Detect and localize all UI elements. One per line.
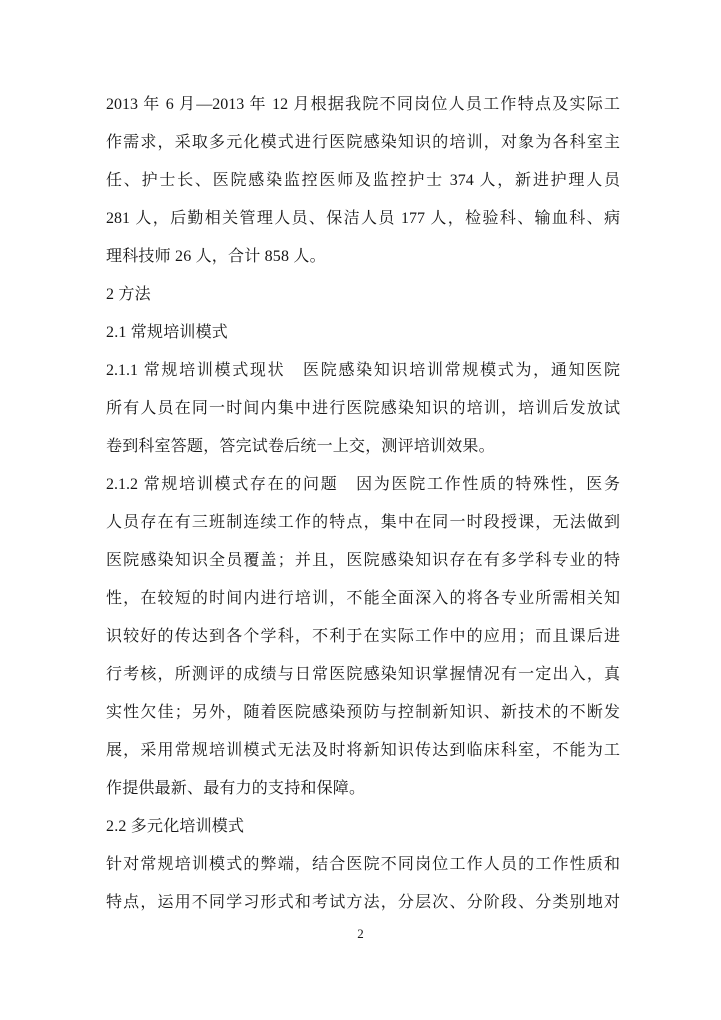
text-line: 医院感染知识全员覆盖；并且，医院感染知识存在有多学科专业的特 [106,542,620,580]
document-page: 2013 年 6 月—2013 年 12 月根据我院不同岗位人员工作特点及实际工… [0,0,721,1020]
text-line: 作需求，采取多元化模式进行医院感染知识的培训，对象为各科室主 [106,124,620,162]
heading-line: 2.2 多元化培训模式 [106,808,620,846]
text-line: 实性欠佳；另外，随着医院感染预防与控制新知识、新技术的不断发 [106,694,620,732]
text-line: 281 人，后勤相关管理人员、保洁人员 177 人，检验科、输血科、病 [106,200,620,238]
text-block: 2013 年 6 月—2013 年 12 月根据我院不同岗位人员工作特点及实际工… [106,86,620,922]
text-line: 理科技师 26 人，合计 858 人。 [106,238,620,276]
text-line: 2013 年 6 月—2013 年 12 月根据我院不同岗位人员工作特点及实际工 [106,86,620,124]
text-line: 性，在较短的时间内进行培训，不能全面深入的将各专业所需相关知 [106,580,620,618]
text-line: 展，采用常规培训模式无法及时将新知识传达到临床科室，不能为工 [106,732,620,770]
text-line: 2.1.1 常规培训模式现状 医院感染知识培训常规模式为，通知医院 [106,352,620,390]
text-line: 识较好的传达到各个学科，不利于在实际工作中的应用；而且课后进 [106,618,620,656]
page-number: 2 [0,925,721,943]
text-line: 卷到科室答题，答完试卷后统一上交，测评培训效果。 [106,428,620,466]
text-line: 任、护士长、医院感染监控医师及监控护士 374 人，新进护理人员 [106,162,620,200]
heading-line: 2 方法 [106,276,620,314]
text-line: 作提供最新、最有力的支持和保障。 [106,770,620,808]
text-line: 针对常规培训模式的弊端，结合医院不同岗位工作人员的工作性质和 [106,846,620,884]
text-line: 特点，运用不同学习形式和考试方法，分层次、分阶段、分类别地对 [106,884,620,922]
text-line: 行考核，所测评的成绩与日常医院感染知识掌握情况有一定出入，真 [106,656,620,694]
text-line: 所有人员在同一时间内集中进行医院感染知识的培训，培训后发放试 [106,390,620,428]
text-line: 人员存在有三班制连续工作的特点，集中在同一时段授课，无法做到 [106,504,620,542]
text-line: 2.1.2 常规培训模式存在的问题 因为医院工作性质的特殊性，医务 [106,466,620,504]
heading-line: 2.1 常规培训模式 [106,314,620,352]
